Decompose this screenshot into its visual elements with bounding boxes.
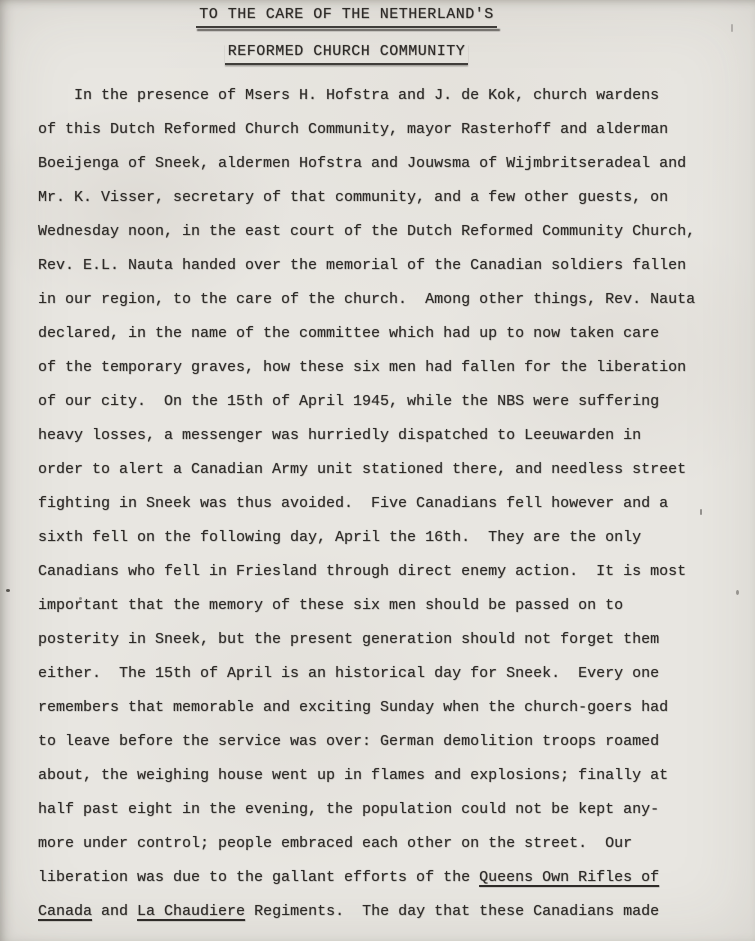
text-segment: of the temporary graves, how these six m… — [38, 359, 686, 376]
text-line: sixth fell on the following day, April t… — [38, 521, 741, 555]
text-segment: liberation was due to the gallant effort… — [38, 869, 479, 886]
text-line: remembers that memorable and exciting Su… — [38, 691, 741, 725]
text-segment: fighting in Sneek was thus avoided. Five… — [38, 495, 668, 512]
text-line: Mr. K. Visser, secretary of that communi… — [38, 181, 741, 215]
text-line: In the presence of Msers H. Hofstra and … — [38, 79, 741, 113]
text-segment: and — [92, 903, 137, 920]
title-text: TO THE CARE OF THE NETHERLAND'S — [196, 7, 497, 28]
document-title-line-2: REFORMED CHURCH COMMUNITY — [0, 44, 724, 65]
text-segment: Regiments. The day that these Canadians … — [245, 903, 659, 920]
underlined-text: Canada — [38, 903, 92, 920]
text-segment: sixth fell on the following day, April t… — [38, 529, 641, 546]
underlined-text: La Chaudiere — [137, 903, 245, 920]
text-segment: of this Dutch Reformed Church Community,… — [38, 121, 668, 138]
text-segment: Wednesday noon, in the east court of the… — [38, 223, 695, 240]
text-segment: in our region, to the care of the church… — [38, 291, 695, 308]
document-title-line-1: TO THE CARE OF THE NETHERLAND'S — [0, 7, 724, 28]
text-segment: half past eight in the evening, the popu… — [38, 801, 659, 818]
text-line: half past eight in the evening, the popu… — [38, 793, 741, 827]
paper-speck — [736, 590, 739, 595]
text-line: of our city. On the 15th of April 1945, … — [38, 385, 741, 419]
paper-speck — [700, 509, 702, 515]
text-line: posterity in Sneek, but the present gene… — [38, 623, 741, 657]
text-line: Wednesday noon, in the east court of the… — [38, 215, 741, 249]
text-line: either. The 15th of April is an historic… — [38, 657, 741, 691]
text-line: Canadians who fell in Friesland through … — [38, 555, 741, 589]
paper-speck — [731, 24, 733, 32]
text-line: fighting in Sneek was thus avoided. Five… — [38, 487, 741, 521]
text-segment: In the presence of Msers H. Hofstra and … — [38, 87, 659, 104]
text-segment: Canadians who fell in Friesland through … — [38, 563, 686, 580]
text-line: in our region, to the care of the church… — [38, 283, 741, 317]
text-line: to leave before the service was over: Ge… — [38, 725, 741, 759]
text-line: Canada and La Chaudiere Regiments. The d… — [38, 895, 741, 929]
text-segment: remembers that memorable and exciting Su… — [38, 699, 668, 716]
text-line: Boeijenga of Sneek, aldermen Hofstra and… — [38, 147, 741, 181]
text-segment: Rev. E.L. Nauta handed over the memorial… — [38, 257, 686, 274]
text-segment: posterity in Sneek, but the present gene… — [38, 631, 659, 648]
text-segment: order to alert a Canadian Army unit stat… — [38, 461, 686, 478]
text-segment: to leave before the service was over: Ge… — [38, 733, 659, 750]
text-line: order to alert a Canadian Army unit stat… — [38, 453, 741, 487]
document-header: TO THE CARE OF THE NETHERLAND'S REFORMED… — [0, 7, 724, 81]
text-segment: about, the weighing house went up in fla… — [38, 767, 668, 784]
text-line: important that the memory of these six m… — [38, 589, 741, 623]
title-text: REFORMED CHURCH COMMUNITY — [225, 44, 469, 65]
text-line: of this Dutch Reformed Church Community,… — [38, 113, 741, 147]
text-segment: either. The 15th of April is an historic… — [38, 665, 659, 682]
text-segment: heavy losses, a messenger was hurriedly … — [38, 427, 641, 444]
paper-speck — [6, 589, 10, 592]
text-line: heavy losses, a messenger was hurriedly … — [38, 419, 741, 453]
text-line: about, the weighing house went up in fla… — [38, 759, 741, 793]
underlined-text: Queens Own Rifles of — [479, 869, 659, 886]
text-line: more under control; people embraced each… — [38, 827, 741, 861]
text-segment: important that the memory of these six m… — [38, 597, 623, 614]
text-segment: of our city. On the 15th of April 1945, … — [38, 393, 659, 410]
document-page: TO THE CARE OF THE NETHERLAND'S REFORMED… — [0, 0, 755, 941]
paper-speck — [79, 597, 82, 600]
text-segment: Mr. K. Visser, secretary of that communi… — [38, 189, 668, 206]
text-line: Rev. E.L. Nauta handed over the memorial… — [38, 249, 741, 283]
document-body: In the presence of Msers H. Hofstra and … — [38, 79, 741, 929]
text-line: declared, in the name of the committee w… — [38, 317, 741, 351]
text-line: liberation was due to the gallant effort… — [38, 861, 741, 895]
text-segment: declared, in the name of the committee w… — [38, 325, 659, 342]
text-line: of the temporary graves, how these six m… — [38, 351, 741, 385]
text-segment: more under control; people embraced each… — [38, 835, 632, 852]
text-segment: Boeijenga of Sneek, aldermen Hofstra and… — [38, 155, 686, 172]
